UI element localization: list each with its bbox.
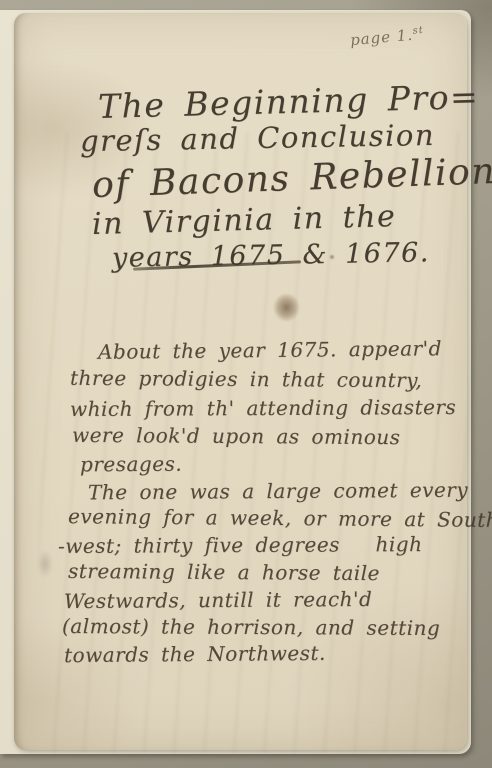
manuscript-line: were look'd upon as ominous xyxy=(72,423,401,449)
manuscript-line: towards the Northwest. xyxy=(64,641,326,667)
manuscript-line: which from th' attending disasters xyxy=(70,395,456,421)
manuscript-line: -west; thirty five degrees high xyxy=(58,532,423,558)
title-line-2: greſs and Conclusion xyxy=(80,118,436,158)
gray-smudge-stain xyxy=(35,546,55,582)
manuscript-line: (almost) the horrison, and setting xyxy=(62,614,440,640)
manuscript-line: presages. xyxy=(80,452,182,477)
manuscript-line: Westwards, untill it reach'd xyxy=(64,587,372,613)
manuscript-line: evening for a week, or more at South xyxy=(68,504,492,532)
page-number-superscript: st xyxy=(412,25,424,37)
photograph-mat-background: page 1.st The Beginning Pro= greſs and C… xyxy=(0,0,492,768)
ink-blot-stain xyxy=(273,293,300,322)
manuscript-line: streaming like a horse taile xyxy=(68,559,380,585)
manuscript-line: The one was a large comet every xyxy=(88,478,468,505)
manuscript-line: About the year 1675. appear'd xyxy=(98,336,442,364)
manuscript-line: three prodigies in that country, xyxy=(70,366,422,392)
